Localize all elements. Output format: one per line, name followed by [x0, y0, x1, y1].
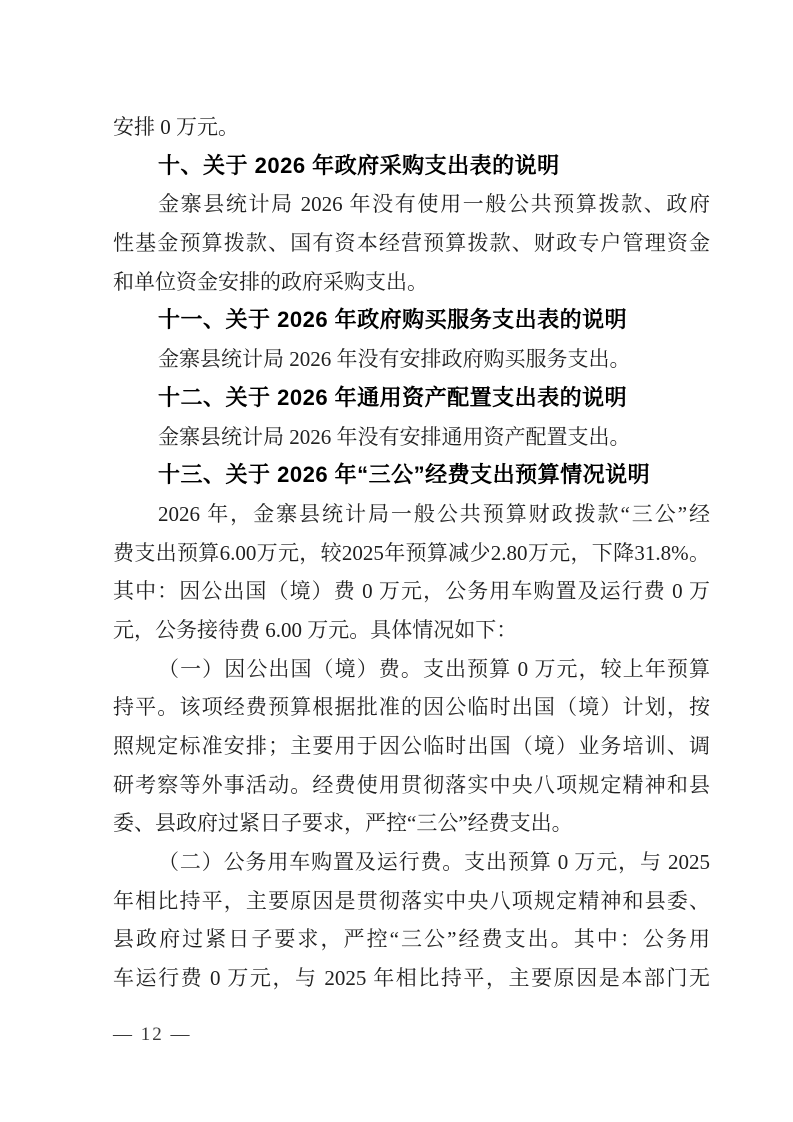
text-line: 金寨县统计局 2026 年没有使用一般公共预算拨款、政府	[113, 185, 710, 224]
text-line: （一）因公出国（境）费。支出预算 0 万元，较上年预算	[113, 650, 710, 689]
text-line: 金寨县统计局 2026 年没有安排通用资产配置支出。	[113, 418, 710, 457]
text-line: 照规定标准安排；主要用于因公临时出国（境）业务培训、调	[113, 727, 710, 766]
section-heading: 十二、关于 2026 年通用资产配置支出表的说明	[113, 379, 710, 418]
text-line: 县政府过紧日子要求，严控“三公”经费支出。其中：公务用	[113, 920, 710, 959]
page-number: — 12 —	[113, 1022, 192, 1048]
text-line: 安排 0 万元。	[113, 108, 710, 147]
text-line: 性基金预算拨款、国有资本经营预算拨款、财政专户管理资金	[113, 224, 710, 263]
text-line: 持平。该项经费预算根据批准的因公临时出国（境）计划，按	[113, 688, 710, 727]
text-line: 元，公务接待费 6.00 万元。具体情况如下：	[113, 611, 710, 650]
document-page: 安排 0 万元。十、关于 2026 年政府采购支出表的说明金寨县统计局 2026…	[0, 0, 793, 1122]
text-line: 费支出预算6.00万元，较2025年预算减少2.80万元，下降31.8%。	[113, 534, 710, 573]
section-heading: 十、关于 2026 年政府采购支出表的说明	[113, 147, 710, 186]
text-line: 和单位资金安排的政府采购支出。	[113, 263, 710, 302]
section-heading: 十三、关于 2026 年“三公”经费支出预算情况说明	[113, 456, 710, 495]
text-line: （二）公务用车购置及运行费。支出预算 0 万元，与 2025	[113, 843, 710, 882]
text-line: 金寨县统计局 2026 年没有安排政府购买服务支出。	[113, 340, 710, 379]
section-heading: 十一、关于 2026 年政府购买服务支出表的说明	[113, 301, 710, 340]
text-line: 其中：因公出国（境）费 0 万元，公务用车购置及运行费 0 万	[113, 572, 710, 611]
text-line: 研考察等外事活动。经费使用贯彻落实中央八项规定精神和县	[113, 766, 710, 805]
text-line: 年相比持平，主要原因是贯彻落实中央八项规定精神和县委、	[113, 882, 710, 921]
text-line: 委、县政府过紧日子要求，严控“三公”经费支出。	[113, 804, 710, 843]
document-body: 安排 0 万元。十、关于 2026 年政府采购支出表的说明金寨县统计局 2026…	[113, 108, 710, 998]
text-line: 2026 年，金寨县统计局一般公共预算财政拨款“三公”经	[113, 495, 710, 534]
text-line: 车运行费 0 万元，与 2025 年相比持平，主要原因是本部门无	[113, 959, 710, 998]
